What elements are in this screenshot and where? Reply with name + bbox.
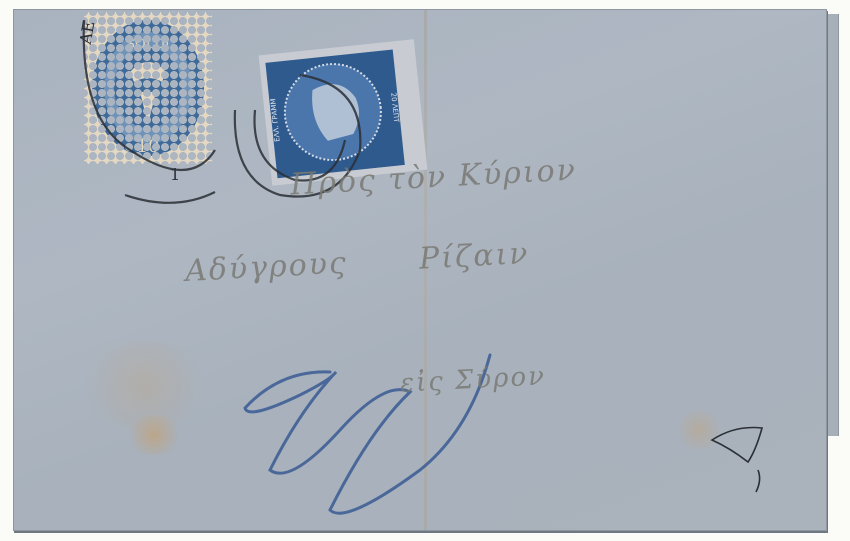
postmark-numeral: 1: [170, 165, 180, 184]
postmark-text: ΑΕ: [76, 19, 99, 46]
corner-pen-mark: [712, 428, 762, 493]
